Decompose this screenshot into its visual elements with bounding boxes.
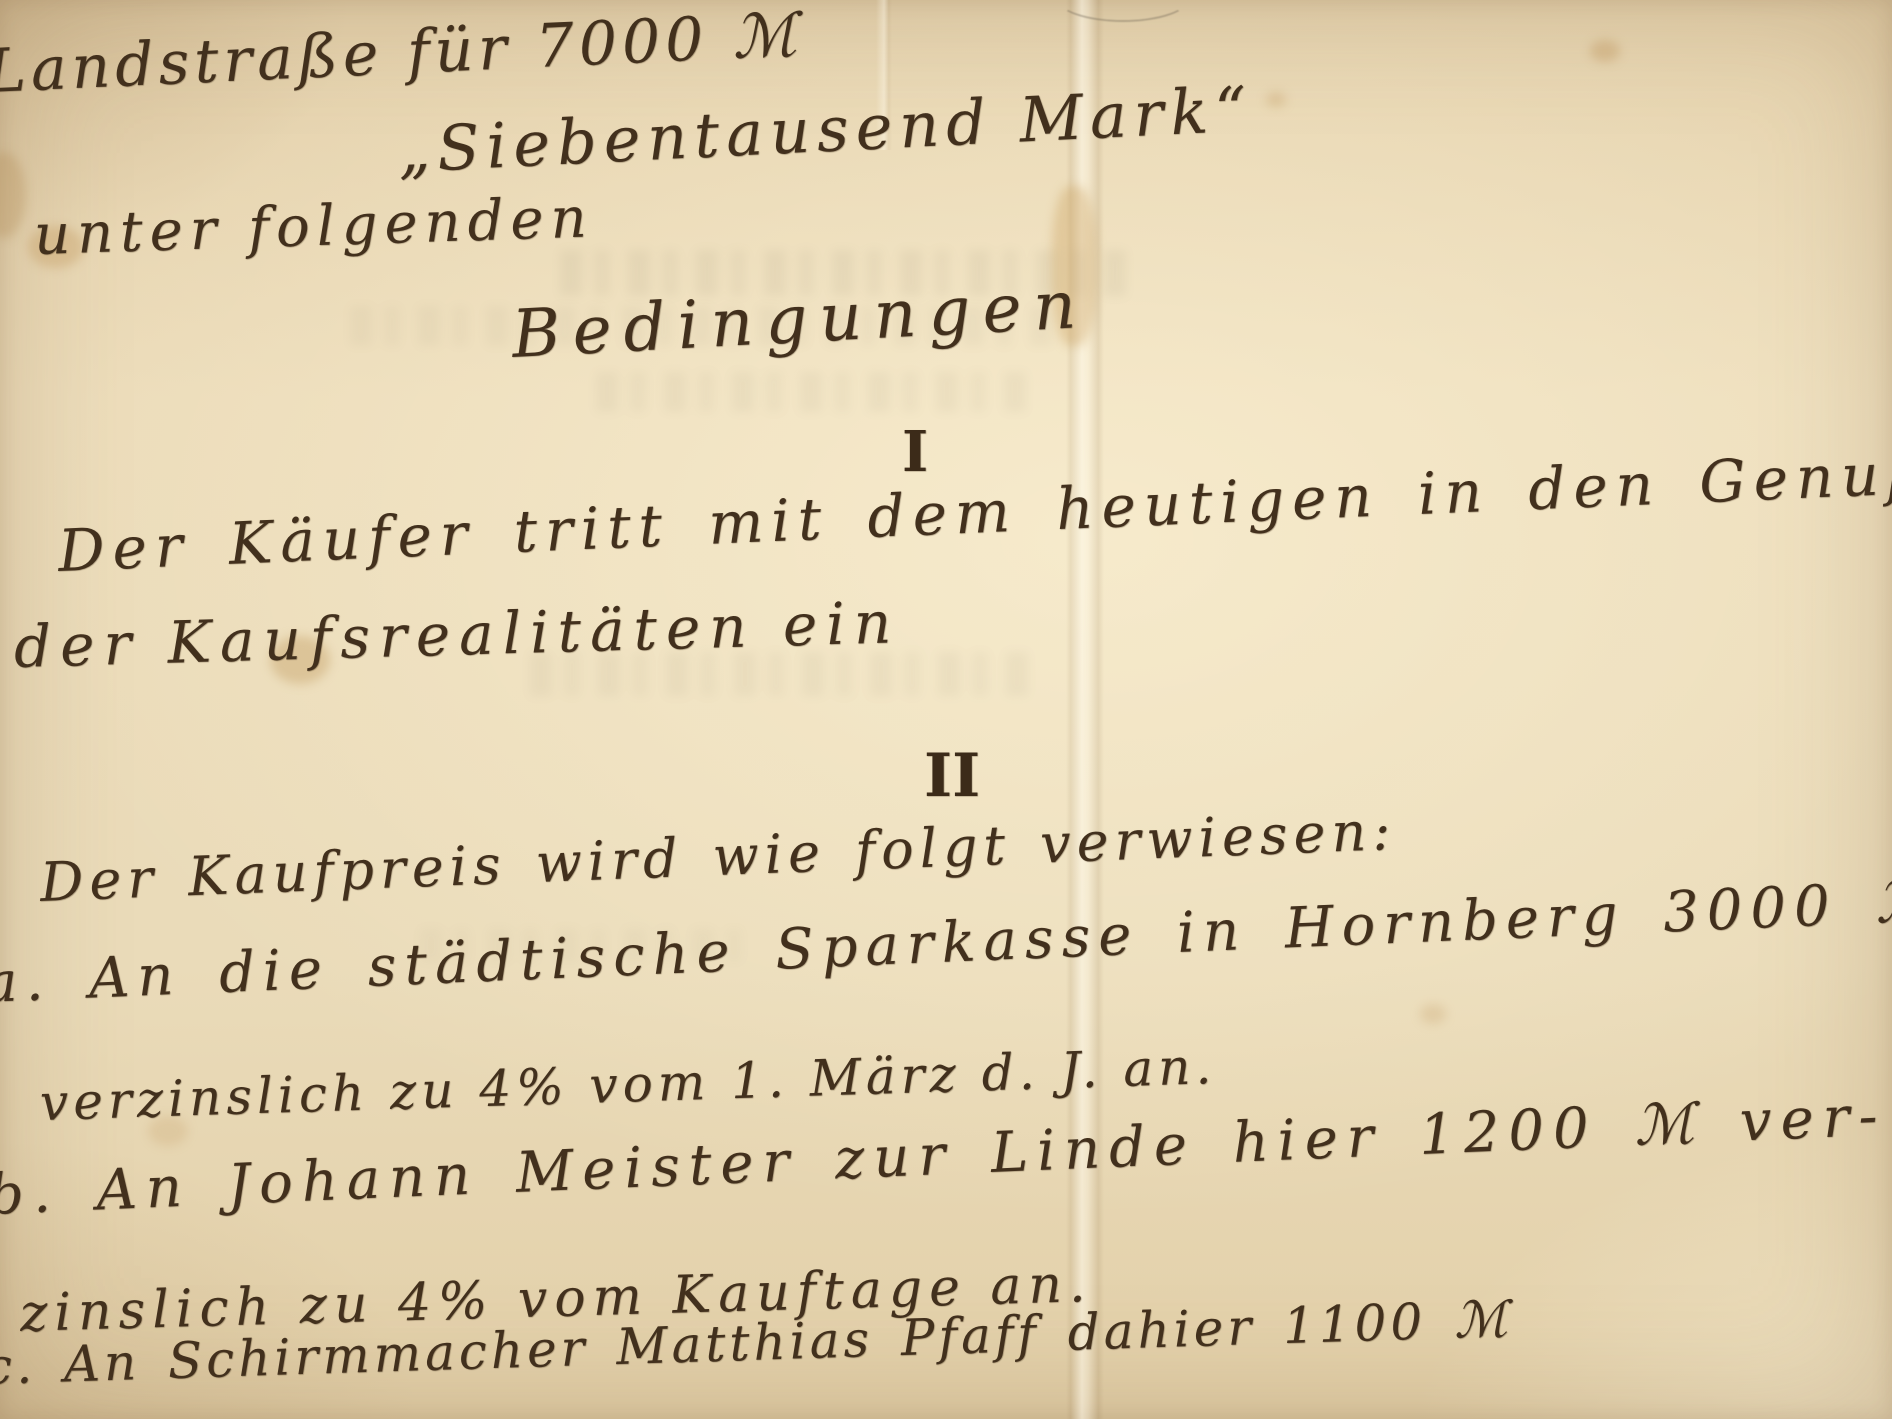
manuscript-line-sum-in-words: „Siebentausend Mark“ <box>396 78 1254 182</box>
section-numeral-1: I <box>902 424 928 480</box>
section-numeral-2: II <box>924 746 980 806</box>
clause-2-intro: Der Kaufpreis wird wie folgt verwiesen: <box>39 804 1397 910</box>
manuscript-page: Landstraße für 7000 ℳ „Siebentausend Mar… <box>0 0 1892 1419</box>
paper-stain <box>0 152 26 238</box>
paper-stain <box>1266 92 1286 107</box>
paper-stain <box>1590 40 1620 62</box>
paper-stain <box>1420 1004 1446 1024</box>
clause-2-item-a-line-2: verzinslich zu 4% vom 1. März d. J. an. <box>39 1041 1217 1128</box>
bleed-through-text <box>596 372 1036 412</box>
manuscript-line-unter-folgenden: unter folgenden <box>33 190 594 264</box>
manuscript-line-price: Landstraße für 7000 ℳ <box>0 5 803 102</box>
clause-1-line-1: Der Käufer tritt mit dem heutigen in den… <box>57 443 1892 580</box>
